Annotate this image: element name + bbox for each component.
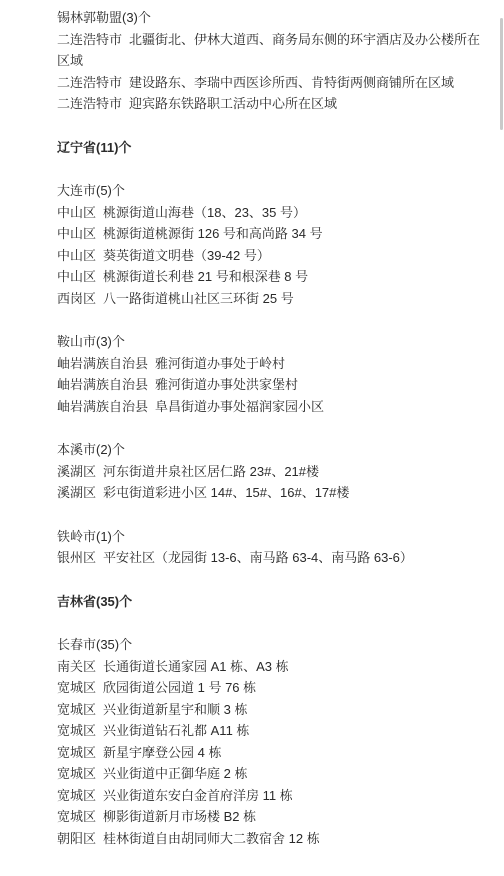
district-label: 溪湖区 (57, 464, 96, 479)
list-item: 二连浩特市迎宾路东铁路职工活动中心所在区域 (57, 93, 487, 115)
district-label: 二连浩特市 (57, 75, 122, 90)
address-text: 桃源街道长利巷 21 号和根深巷 8 号 (103, 269, 308, 284)
address-text: 迎宾路东铁路职工活动中心所在区域 (129, 96, 337, 111)
city-heading: 铁岭市(1)个 (57, 526, 487, 548)
address-text: 葵英街道文明巷（39-42 号） (103, 248, 270, 263)
list-item: 中山区桃源街道山海巷（18、23、35 号） (57, 202, 487, 224)
district-label: 西岗区 (57, 291, 96, 306)
list-item: 二连浩特市北疆街北、伊林大道西、商务局东侧的环宇酒店及办公楼所在区域 (57, 29, 487, 72)
city-heading: 长春市(35)个 (57, 634, 487, 656)
district-label: 中山区 (57, 226, 96, 241)
scrollbar-thumb[interactable] (500, 18, 503, 130)
list-item: 二连浩特市建设路东、李瑞中西医诊所西、肯特街两侧商铺所在区域 (57, 72, 487, 94)
list-item: 宽城区兴业街道东安白金首府洋房 11 栋 (57, 785, 487, 807)
address-text: 八一路街道桃山社区三环街 25 号 (103, 291, 294, 306)
district-label: 中山区 (57, 269, 96, 284)
district-label: 中山区 (57, 205, 96, 220)
district-label: 宽城区 (57, 766, 96, 781)
district-label: 二连浩特市 (57, 96, 122, 111)
address-text: 平安社区（龙园街 13-6、南马路 63-4、南马路 63-6） (103, 550, 413, 565)
risk-area-list: 锡林郭勒盟(3)个二连浩特市北疆街北、伊林大道西、商务局东侧的环宇酒店及办公楼所… (57, 7, 487, 849)
district-label: 南关区 (57, 659, 96, 674)
address-text: 兴业街道钻石礼都 A11 栋 (103, 723, 249, 738)
city-heading: 本溪市(2)个 (57, 439, 487, 461)
address-text: 桂林街道自由胡同师大二教宿舍 12 栋 (103, 831, 320, 846)
district-label: 中山区 (57, 248, 96, 263)
list-item: 岫岩满族自治县雅河街道办事处洪家堡村 (57, 374, 487, 396)
province-heading: 吉林省(35)个 (57, 591, 487, 613)
address-text: 阜昌街道办事处福润家园小区 (155, 399, 324, 414)
list-item: 岫岩满族自治县阜昌街道办事处福润家园小区 (57, 396, 487, 418)
list-item: 岫岩满族自治县雅河街道办事处于岭村 (57, 353, 487, 375)
district-label: 溪湖区 (57, 485, 96, 500)
province-heading: 辽宁省(11)个 (57, 137, 487, 159)
list-item: 中山区桃源街道长利巷 21 号和根深巷 8 号 (57, 266, 487, 288)
address-text: 柳影街道新月市场楼 B2 栋 (103, 809, 256, 824)
list-item: 宽城区兴业街道钻石礼都 A11 栋 (57, 720, 487, 742)
address-text: 彩屯街道彩进小区 14#、15#、16#、17#楼 (103, 485, 349, 500)
district-label: 岫岩满族自治县 (57, 377, 148, 392)
district-label: 宽城区 (57, 809, 96, 824)
address-text: 桃源街道桃源街 126 号和高尚路 34 号 (103, 226, 323, 241)
city-heading: 鞍山市(3)个 (57, 331, 487, 353)
list-item: 溪湖区河东街道井泉社区居仁路 23#、21#楼 (57, 461, 487, 483)
district-label: 二连浩特市 (57, 32, 122, 47)
risk-area-page: { "page": { "background_color": "#ffffff… (0, 0, 504, 876)
list-item: 宽城区新星宇摩登公园 4 栋 (57, 742, 487, 764)
list-item: 朝阳区桂林街道自由胡同师大二教宿舍 12 栋 (57, 828, 487, 850)
address-text: 长通街道长通家园 A1 栋、A3 栋 (103, 659, 289, 674)
district-label: 宽城区 (57, 723, 96, 738)
list-item: 宽城区兴业街道中正御华庭 2 栋 (57, 763, 487, 785)
district-label: 宽城区 (57, 788, 96, 803)
address-text: 雅河街道办事处洪家堡村 (155, 377, 298, 392)
district-label: 岫岩满族自治县 (57, 356, 148, 371)
address-text: 兴业街道中正御华庭 2 栋 (103, 766, 247, 781)
address-text: 桃源街道山海巷（18、23、35 号） (103, 205, 306, 220)
city-heading: 锡林郭勒盟(3)个 (57, 7, 487, 29)
list-item: 宽城区柳影街道新月市场楼 B2 栋 (57, 806, 487, 828)
address-text: 河东街道井泉社区居仁路 23#、21#楼 (103, 464, 319, 479)
address-text: 新星宇摩登公园 4 栋 (103, 745, 221, 760)
list-item: 溪湖区彩屯街道彩进小区 14#、15#、16#、17#楼 (57, 482, 487, 504)
list-item: 西岗区八一路街道桃山社区三环街 25 号 (57, 288, 487, 310)
address-text: 建设路东、李瑞中西医诊所西、肯特街两侧商铺所在区域 (129, 75, 454, 90)
district-label: 岫岩满族自治县 (57, 399, 148, 414)
district-label: 宽城区 (57, 745, 96, 760)
address-text: 兴业街道东安白金首府洋房 11 栋 (103, 788, 293, 803)
address-text: 欣园街道公园道 1 号 76 栋 (103, 680, 256, 695)
district-label: 宽城区 (57, 702, 96, 717)
district-label: 宽城区 (57, 680, 96, 695)
address-text: 雅河街道办事处于岭村 (155, 356, 285, 371)
district-label: 银州区 (57, 550, 96, 565)
city-heading: 大连市(5)个 (57, 180, 487, 202)
list-item: 宽城区欣园街道公园道 1 号 76 栋 (57, 677, 487, 699)
district-label: 朝阳区 (57, 831, 96, 846)
list-item: 南关区长通街道长通家园 A1 栋、A3 栋 (57, 656, 487, 678)
list-item: 宽城区兴业街道新星宇和顺 3 栋 (57, 699, 487, 721)
address-text: 兴业街道新星宇和顺 3 栋 (103, 702, 247, 717)
list-item: 中山区葵英街道文明巷（39-42 号） (57, 245, 487, 267)
list-item: 银州区平安社区（龙园街 13-6、南马路 63-4、南马路 63-6） (57, 547, 487, 569)
list-item: 中山区桃源街道桃源街 126 号和高尚路 34 号 (57, 223, 487, 245)
